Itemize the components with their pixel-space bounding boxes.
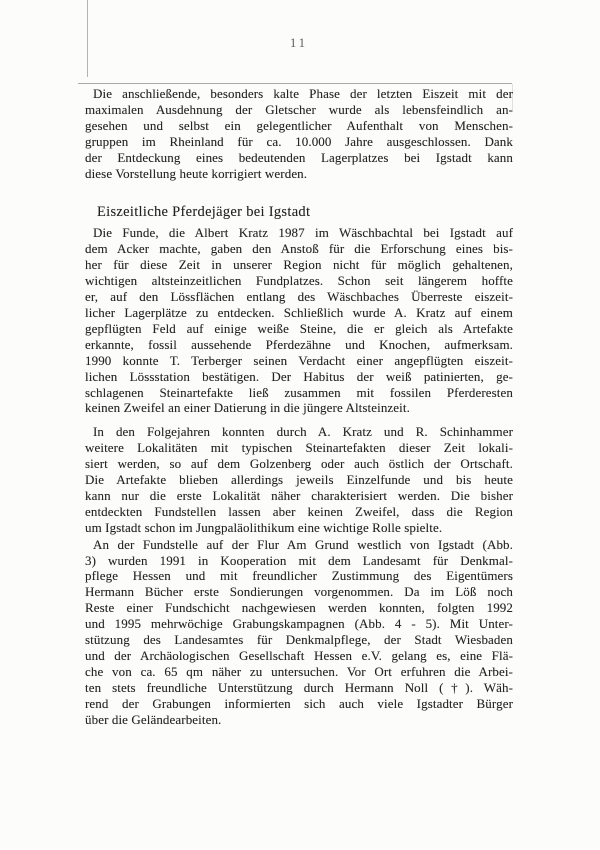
text-line: In den Folgejahren konnten durch A. Krat… xyxy=(85,424,513,440)
text-line: gepflügten Feld auf einige weiße Steine,… xyxy=(85,321,513,337)
text-line: Die anschließende, besonders kalte Phase… xyxy=(85,86,513,102)
text-line: lichen Lössstation bestätigen. Der Habit… xyxy=(85,369,513,385)
text-line: und der Archäologischen Gesellschaft Hes… xyxy=(85,648,513,664)
text-line: maximalen Ausdehnung der Gletscher wurde… xyxy=(85,102,513,118)
text-line: rend der Grabungen informierten sich auc… xyxy=(85,696,513,712)
text-line: weitere Lokalitäten mit typischen Steina… xyxy=(85,440,513,456)
text-line: er, auf den Lössflächen entlang des Wäsc… xyxy=(85,289,513,305)
text-line: Die Funde, die Albert Kratz 1987 im Wäsc… xyxy=(85,225,513,241)
scan-artifact-vertical-line xyxy=(87,0,88,77)
text-line: schlagenen Steinartefakte ließ zusammen … xyxy=(85,385,513,401)
text-line: che von ca. 65 qm näher zu untersuchen. … xyxy=(85,664,513,680)
text-line: An der Fundstelle auf der Flur Am Grund … xyxy=(85,537,513,553)
text-line: ten stets freundliche Unterstützung durc… xyxy=(85,680,513,696)
text-line: erkannte, fossil aussehende Pferdezähne … xyxy=(85,337,513,353)
text-line: Hermann Bücher erste Sondierungen vorgen… xyxy=(85,584,513,600)
paragraph: Die Funde, die Albert Kratz 1987 im Wäsc… xyxy=(85,225,513,416)
text-block: Die anschließende, besonders kalte Phase… xyxy=(85,86,513,728)
text-line: 3) wurden 1991 in Kooperation mit dem La… xyxy=(85,553,513,569)
text-line: stützung des Landesamtes für Denkmalpfle… xyxy=(85,632,513,648)
text-line: kann nur die erste Lokalität näher chara… xyxy=(85,488,513,504)
text-line: licher Lagerplätze zu entdecken. Schließ… xyxy=(85,305,513,321)
text-line: Reste einer Fundschicht nachgewiesen wer… xyxy=(85,600,513,616)
text-line: diese Vorstellung heute korrigiert werde… xyxy=(85,166,513,182)
text-line: wichtigen altsteinzeitlichen Fundplatzes… xyxy=(85,273,513,289)
text-line: um Igstadt schon im Jungpaläolithikum ei… xyxy=(85,520,513,536)
document-page: 11 Die anschließende, besonders kalte Ph… xyxy=(0,0,600,850)
text-line: siert werden, so auf dem Golzenberg oder… xyxy=(85,456,513,472)
paragraph: Die anschließende, besonders kalte Phase… xyxy=(85,86,513,181)
paragraph: An der Fundstelle auf der Flur Am Grund … xyxy=(85,537,513,728)
page-number: 11 xyxy=(85,36,513,51)
text-line: der Entdeckung eines bedeutenden Lagerpl… xyxy=(85,150,513,166)
text-line: und 1995 mehrwöchige Grabungskampagnen (… xyxy=(85,616,513,632)
text-line: keinen Zweifel an einer Datierung in die… xyxy=(85,400,513,416)
text-line: über die Geländearbeiten. xyxy=(85,712,513,728)
text-line: Die Artefakte blieben allerdings jeweils… xyxy=(85,472,513,488)
text-line: gesehen und selbst ein gelegentlicher Au… xyxy=(85,118,513,134)
text-line: entdeckten Fundstellen lassen aber keine… xyxy=(85,504,513,520)
text-line: gruppen im Rheinland für ca. 10.000 Jahr… xyxy=(85,134,513,150)
paragraph: In den Folgejahren konnten durch A. Krat… xyxy=(85,424,513,535)
text-line: pflege Hessen und mit freundlicher Zusti… xyxy=(85,568,513,584)
section-heading: Eiszeitliche Pferdejäger bei Igstadt xyxy=(97,203,513,222)
text-line: dem Acker machte, gaben den Anstoß für d… xyxy=(85,241,513,257)
text-line: her für diese Zeit in unserer Region nic… xyxy=(85,257,513,273)
text-line: 1990 konnte T. Terberger seinen Verdacht… xyxy=(85,353,513,369)
scan-artifact-horizontal-rule xyxy=(78,83,512,84)
